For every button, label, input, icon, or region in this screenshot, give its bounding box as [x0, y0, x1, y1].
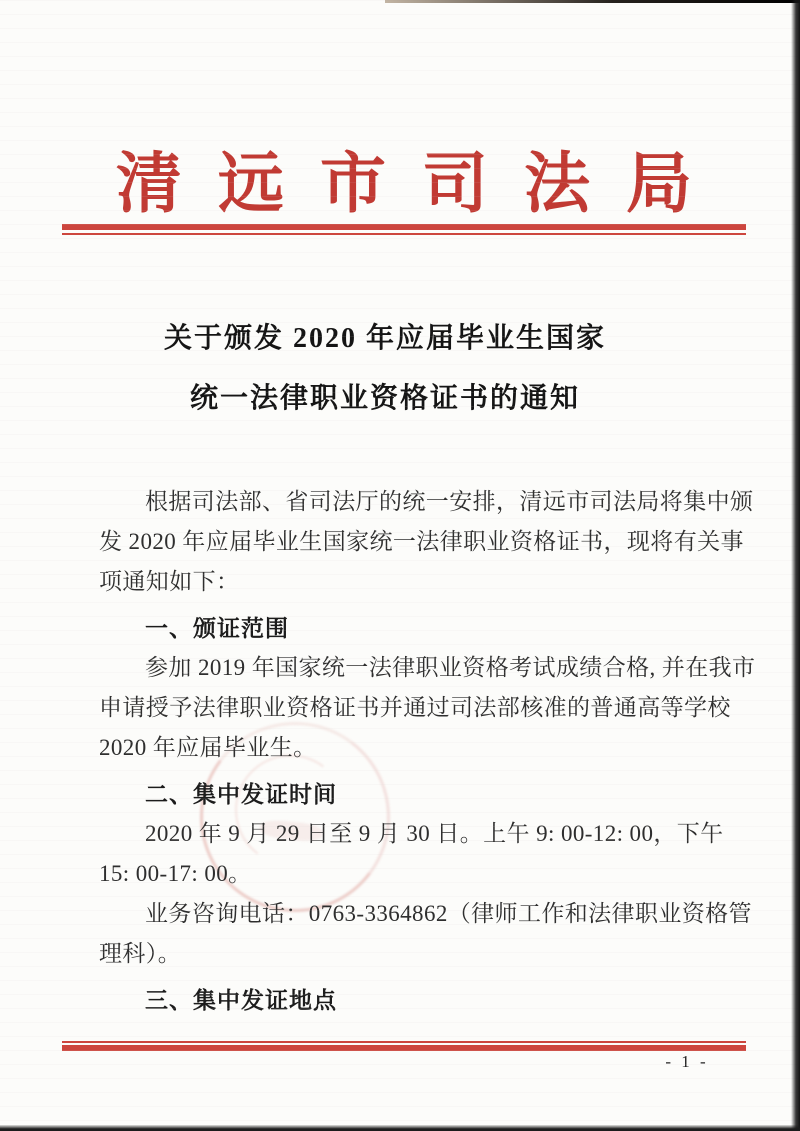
paragraph-4-line-1: 业务咨询电话：0763-3364862（律师工作和法律职业资格管: [99, 894, 759, 934]
header-red-rule: [62, 224, 746, 236]
agency-header: 清远市司法局: [62, 130, 746, 225]
paragraph-2-line-3: 2020 年应届毕业生。: [99, 728, 759, 768]
scan-edge-right: [791, 0, 800, 1131]
paragraph-1-line-1: 根据司法部、省司法厅的统一安排，清远市司法局将集中颁: [99, 482, 759, 522]
section-heading-2: 二、集中发证时间: [99, 774, 759, 814]
page-number: - 1 -: [628, 1052, 746, 1072]
document-title-line-1: 关于颁发 2020 年应届毕业生国家: [0, 309, 770, 369]
paragraph-1-line-3: 项通知如下：: [99, 562, 759, 602]
document-body: 根据司法部、省司法厅的统一安排，清远市司法局将集中颁 发 2020 年应届毕业生…: [99, 482, 759, 1020]
section-heading-3: 三、集中发证地点: [99, 980, 759, 1020]
paragraph-2-line-1: 参加 2019 年国家统一法律职业资格考试成绩合格, 并在我市: [99, 648, 759, 688]
document-title: 关于颁发 2020 年应届毕业生国家 统一法律职业资格证书的通知: [0, 309, 770, 429]
scanned-document-page: 清远市司法局 关于颁发 2020 年应届毕业生国家 统一法律职业资格证书的通知 …: [0, 0, 800, 1131]
scan-edge-top: [385, 0, 800, 3]
scan-edge-bottom: [0, 1125, 800, 1131]
paragraph-4-line-2: 理科）。: [99, 934, 759, 974]
paragraph-3-line-1: 2020 年 9 月 29 日至 9 月 30 日。上午 9: 00-12: 0…: [99, 814, 759, 854]
paragraph-2-line-2: 申请授予法律职业资格证书并通过司法部核准的普通高等学校: [99, 688, 759, 728]
footer-red-rule: [62, 1041, 746, 1052]
document-title-line-2: 统一法律职业资格证书的通知: [0, 369, 770, 429]
paragraph-1-line-2: 发 2020 年应届毕业生国家统一法律职业资格证书，现将有关事: [99, 522, 759, 562]
section-heading-1: 一、颁证范围: [99, 608, 759, 648]
paragraph-3-line-2: 15: 00-17: 00。: [99, 854, 759, 894]
